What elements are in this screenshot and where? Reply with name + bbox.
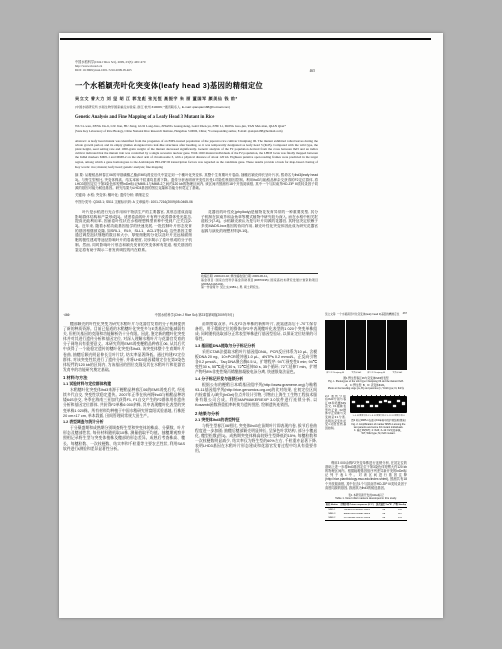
keywords-en: Key words: rice; mutant; leafy head; gen… bbox=[75, 165, 318, 169]
journal-doi: DOI: 10.3969/j.issn.1001-7216.2009.05.46… bbox=[75, 68, 318, 72]
affiliation-en: (State Key Laboratory of Rice Biology, C… bbox=[75, 130, 318, 134]
abstract-cn: 摘 要: 从粳稻品种春江06的甲基磺酸乙酯(EMS)诱变后代中鉴定到一个穗叶化突… bbox=[75, 173, 318, 190]
section-heading: 2 结果与分析 bbox=[195, 411, 317, 416]
table1-markers: 标记 Marker 引物序列 Primer sequence (5'-3') 退… bbox=[325, 502, 407, 521]
intro-right-column: 花器官的叶性化(phyllody)是植物花发育异常的一种重要类型, 其分子机制在… bbox=[201, 210, 318, 290]
journal-running-title: 中国水稻科学(Chin J Rice Sci) 第23卷第5期(2009年9月) bbox=[70, 312, 318, 317]
table1-caption: 表1 本研究新开发的InDel标记 Table 1. New InDel mar… bbox=[325, 494, 407, 501]
right-column: 苗期剪取双亲、F1及F2各单株的新鲜叶片, 液氮速冻后于-70℃保存备用。用于精… bbox=[195, 322, 317, 614]
subsection-heading: 1.4 分子标记开发与连锁分析 bbox=[195, 377, 317, 382]
figure2-note2: WT, Wild type; M, lhd3 mutant. bbox=[350, 432, 407, 435]
authors-en: WU Li-wen, ZENG Da-li, LIU Jian, HU Jian… bbox=[75, 124, 318, 128]
table-cell: MM8-2 bbox=[325, 516, 339, 521]
body-columns: 穗部颖壳的叶性化突变为研究水稻叶片与花器官发育的分子机制提供了新的种质资源。目前… bbox=[63, 322, 318, 614]
left-column-fragment: 2.2 遗传分析 将lhd3分别与春江06和培矮64S杂交, F1植株表型均正常… bbox=[325, 395, 346, 453]
scanned-journal-article: 465 中国水稻科学(Chin J Rice Sci), 2009, 23(5)… bbox=[0, 0, 502, 649]
body-paragraph: 根据公布的粳稻日本晴基因组序列(http://www.gramene.org)与… bbox=[195, 383, 317, 408]
subsection-heading: 1.3 基因组DNA提取与分子标记分析 bbox=[195, 344, 317, 349]
scan-sheet: 465 中国水稻科学(Chin J Rice Sci), 2009, 23(5)… bbox=[59, 33, 443, 618]
running-head-odd: 吴立文等: 一个水稻颖壳叶化突变体(leafy head 3)基因的精细定位 4… bbox=[325, 312, 407, 316]
classification-line: 中图分类号: Q343.1; S511 文献标识码: A 文章编号: 1001-… bbox=[75, 199, 318, 204]
panel-label: 野生型 Chunjiang 06 bbox=[326, 371, 345, 374]
subsection-heading: 1.2 表型调查与统计分析 bbox=[63, 420, 185, 425]
panel-label: 突变体 lhd3 bbox=[387, 371, 406, 374]
figure2-gel: 1~4: F2突变单株-1 5~8: F2突变单株-2 9~12: F2突变单株… bbox=[350, 395, 407, 436]
page-number: 467 bbox=[403, 312, 407, 316]
figure1-panel-d bbox=[387, 320, 407, 370]
intro-left-column: 叶片是水稻进行光合作用和干物质生产的主要器官, 其形态建成直接影响群体结构和产量… bbox=[75, 210, 192, 290]
figure1-panel-labels: 野生型 Chunjiang 06 突变体 lhd3 野生型 Chunjiang … bbox=[325, 371, 407, 374]
table-cell: 175 bbox=[393, 516, 407, 521]
left-column: 穗部颖壳的叶性化突变为研究水稻叶片与花器官发育的分子机制提供了新的种质资源。目前… bbox=[63, 322, 185, 614]
authors-cn: 吴立文 曾大力 刘 坚 胡 江 郭龙彪 张光恒 高振宇 朱 丽 董国军 颜美仙 … bbox=[75, 96, 318, 102]
figure1-caption: 图1 野生型春江06与突变体lhd3的表型 Fig. 1. Phenotypes… bbox=[325, 377, 407, 391]
body-paragraph: 采用CTAB法提取水稻叶片基因组DNA。PCR反应体系为10 μL, 含模板DN… bbox=[195, 350, 317, 375]
running-head-even: ·466· 中国水稻科学(Chin J Rice Sci) 第23卷第5期(20… bbox=[63, 312, 318, 317]
panel-label: 突变体 lhd3 bbox=[346, 371, 365, 374]
body-paragraph: 苗期剪取双亲、F1及F2各单株的新鲜叶片, 液氮速冻后于-70℃保存备用。用于精… bbox=[195, 322, 317, 342]
article-running-title: 吴立文等: 一个水稻颖壳叶化突变体(leafy head 3)基因的精细定位 bbox=[325, 312, 403, 316]
body-paragraph: 水稻穗叶化突变体lhd3来源于粳稻品种春江06的EMS诱变后代, 经连续多代自交… bbox=[63, 388, 185, 419]
subsection-heading: 1.1 试验材料与定位群体构建 bbox=[63, 382, 185, 387]
abstract-en: Abstract: A leafy head mutant was identi… bbox=[75, 139, 318, 164]
figure1-panel-c bbox=[367, 320, 387, 370]
article-title-en: Genetic Analysis and Fine Mapping of a L… bbox=[75, 115, 318, 120]
first-author-note: 第一作者简介: 吴立文(1983-), 男, 硕士研究生。 bbox=[201, 286, 318, 290]
gel-lane-groups: 1~4: F2突变单株-1 5~8: F2突变单株-2 9~12: F2突变单株… bbox=[350, 414, 407, 417]
intro-paragraph: 花器官的叶性化(phyllody)是植物花发育异常的一种重要类型, 其分子机制在… bbox=[201, 210, 318, 234]
keywords-cn: 关键词: 水稻; 突变体; 穗叶化; 遗传分析; 精细定位 bbox=[75, 192, 318, 197]
body-paragraph: 与野生型春江06相比, 突变体lhd3在苗期叶片即表现内卷, 拔节后卷曲程度进一… bbox=[195, 424, 317, 455]
intro-paragraph: 叶片是水稻进行光合作用和干物质生产的主要器官, 其形态建成直接影响群体结构和产量… bbox=[75, 210, 192, 252]
journal-header: 中国水稻科学(Chin J Rice Sci), 2009, 23(5): 46… bbox=[75, 60, 318, 72]
mapping-paragraph: 利用3 000余株F2突变单株进行连锁分析, 在初定位的基础上进一步将lhd3基… bbox=[325, 461, 407, 490]
intro-columns: 叶片是水稻进行光合作用和干物质生产的主要器官, 其形态建成直接影响群体结构和产量… bbox=[75, 210, 318, 290]
body-paragraph: 穗部颖壳的叶性化突变为研究水稻叶片与花器官发育的分子机制提供了新的种质资源。目前… bbox=[63, 322, 185, 373]
article-first-page: 465 中国水稻科学(Chin J Rice Sci), 2009, 23(5)… bbox=[75, 60, 318, 296]
gel-figure-zone: 2.2 遗传分析 将lhd3分别与春江06和培矮64S杂交, F1植株表型均正常… bbox=[325, 395, 407, 457]
first-page-footnote: 收稿日期: 2009-03-02; 修改稿收到日期: 2009-06-11。 基… bbox=[201, 273, 318, 290]
scan-top-rule bbox=[60, 38, 431, 40]
figure1-panel-a bbox=[325, 320, 345, 370]
table1-caption-en: Table 1. New InDel markers developed in … bbox=[325, 497, 407, 501]
gel-image bbox=[350, 396, 407, 413]
figure1-caption-en: Fig. 1. Phenotypes of the wild type Chun… bbox=[325, 380, 407, 384]
article-page-467: 吴立文等: 一个水稻颖壳叶化突变体(leafy head 3)基因的精细定位 4… bbox=[325, 312, 407, 614]
article-page-466: ·466· 中国水稻科学(Chin J Rice Sci) 第23卷第5期(20… bbox=[63, 312, 318, 614]
figure2-caption: 图2 标记MM5-1在部分F2单株中的扩增结果(银染) Fig. 2. Ampl… bbox=[350, 419, 407, 435]
panel-label: 野生型 Chunjiang 06 bbox=[367, 371, 386, 374]
body-paragraph: 于分蘖盛期和成熟期分别调查野生型和突变体的株高、分蘖数、叶片形态及穗部性状, 每… bbox=[63, 426, 185, 451]
subsection-heading: 2.1 突变体lhd3的表型特征 bbox=[195, 418, 317, 423]
table-row: MM8-2 CCTTGCAGTTCACCTTCGTA 55 175 bbox=[325, 516, 407, 521]
table-cell: CCTTGCAGTTCACCTTCGTA bbox=[339, 516, 375, 521]
figure1-panel-b bbox=[346, 320, 366, 370]
figure1-note-en: Plants at the heading stage (A, B) and p… bbox=[325, 387, 407, 391]
page-number: ·466· bbox=[63, 313, 70, 317]
table-cell: 55 bbox=[375, 516, 393, 521]
section-heading: 1 材料与方法 bbox=[63, 375, 185, 380]
article-title-cn: 一个水稻颖壳叶化突变体(leafy head 3)基因的精细定位 bbox=[75, 81, 318, 91]
figure1-phenotype-photos bbox=[325, 320, 407, 370]
affiliation-cn: (中国水稻研究所 水稻生物学国家重点实验室, 浙江 杭州 310006; *通讯… bbox=[75, 104, 318, 109]
page-number: 465 bbox=[310, 69, 315, 73]
